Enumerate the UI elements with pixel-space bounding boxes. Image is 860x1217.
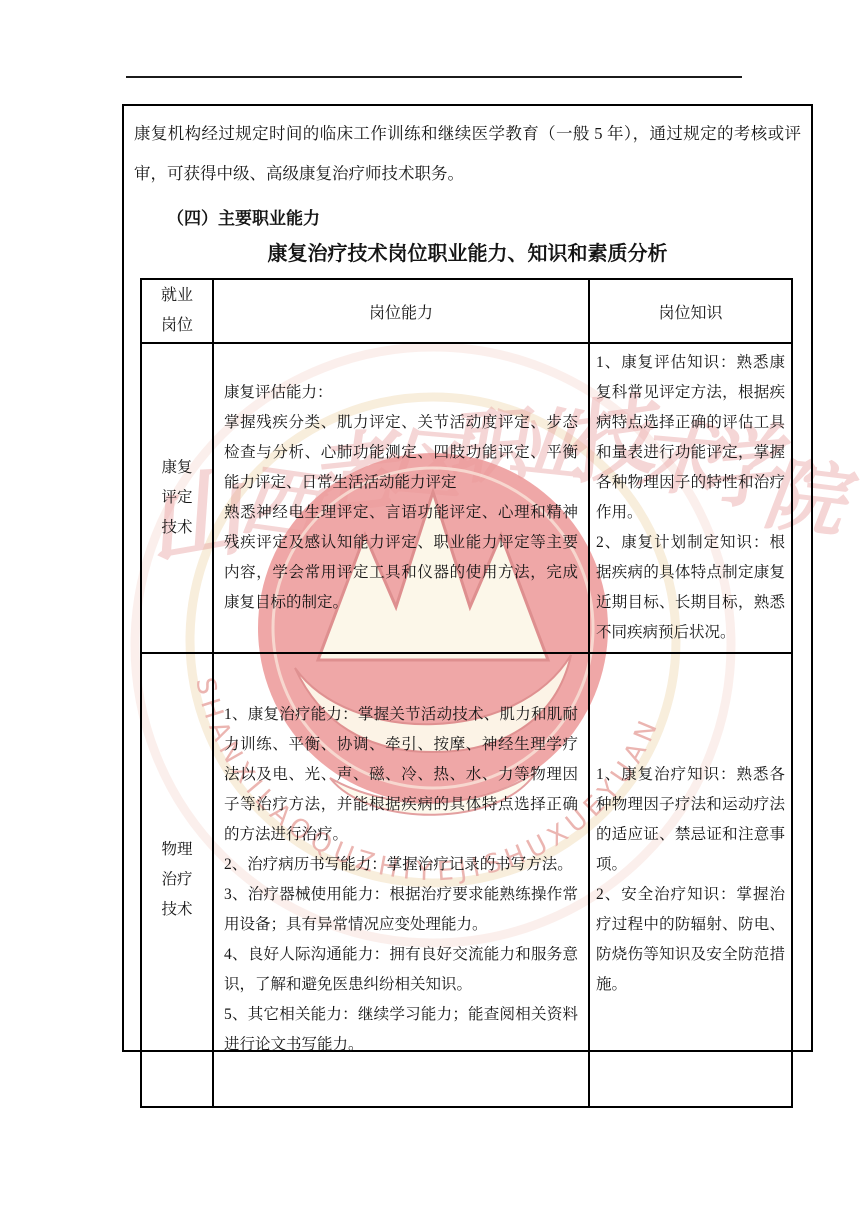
table-title: 康复治疗技术岗位职业能力、知识和素质分析 <box>124 239 811 269</box>
intro-paragraph: 康复机构经过规定时间的临床工作训练和继续医学教育（一般 5 年），通过规定的考核… <box>134 114 801 194</box>
cell-paragraph: 熟悉神经电生理评定、言语功能评定、心理和精神残疾评定及感认知能力评定、职业能力评… <box>224 498 578 618</box>
cell-paragraph: 2、康复计划制定知识：根据疾病的具体特点制定康复近期目标、长期目标，熟悉不同疾病… <box>596 528 785 648</box>
header-employment-post: 就业岗位 <box>141 279 213 343</box>
header-post-knowledge: 岗位知识 <box>589 279 792 343</box>
cell-paragraph: 1、康复治疗知识：熟悉各种物理因子疗法和运动疗法的适应证、禁忌证和注意事项。 <box>596 760 785 880</box>
cell-paragraph: 4、良好人际沟通能力：拥有良好交流能力和服务意识，了解和避免医患纠纷相关知识。 <box>224 940 578 1000</box>
ability-cell-rehab-assessment: 康复评估能力：掌握残疾分类、肌力评定、关节活动度评定、步态检查与分析、心肺功能测… <box>213 343 589 653</box>
cell-paragraph: 5、其它相关能力：继续学习能力；能查阅相关资料进行论文书写能力。 <box>224 1000 578 1060</box>
cell-paragraph: 掌握残疾分类、肌力评定、关节活动度评定、步态检查与分析、心肺功能测定、四肢功能评… <box>224 408 578 498</box>
post-cell-physical-therapy: 物理治疗技术 <box>141 653 213 1107</box>
post-cell-rehab-assessment: 康复评定技术 <box>141 343 213 653</box>
table-header-row: 就业岗位 岗位能力 岗位知识 <box>141 279 792 343</box>
analysis-table: 就业岗位 岗位能力 岗位知识 康复评定技术 康复评估能力：掌握残疾分类、肌力评定… <box>140 278 793 1108</box>
cell-paragraph: 2、治疗病历书写能力：掌握治疗记录的书写方法。 <box>224 850 578 880</box>
ability-cell-physical-therapy: 1、康复治疗能力：掌握关节活动技术、肌力和肌耐力训练、平衡、协调、牵引、按摩、神… <box>213 653 589 1107</box>
table-row: 康复评定技术 康复评估能力：掌握残疾分类、肌力评定、关节活动度评定、步态检查与分… <box>141 343 792 653</box>
section-heading: （四）主要职业能力 <box>134 206 801 232</box>
cell-paragraph: 1、康复评估知识：熟悉康复科常见评定方法，根据疾病特点选择正确的评估工具和量表进… <box>596 348 785 528</box>
header-post-ability: 岗位能力 <box>213 279 589 343</box>
content-frame: 康复机构经过规定时间的临床工作训练和继续医学教育（一般 5 年），通过规定的考核… <box>122 104 813 1052</box>
knowledge-cell-rehab-assessment: 1、康复评估知识：熟悉康复科常见评定方法，根据疾病特点选择正确的评估工具和量表进… <box>589 343 792 653</box>
cell-paragraph: 3、治疗器械使用能力：根据治疗要求能熟练操作常用设备；具有异常情况应变处理能力。 <box>224 880 578 940</box>
knowledge-cell-physical-therapy: 1、康复治疗知识：熟悉各种物理因子疗法和运动疗法的适应证、禁忌证和注意事项。2、… <box>589 653 792 1107</box>
cell-paragraph: 2、安全治疗知识：掌握治疗过程中的防辐射、防电、防烧伤等知识及安全防范措施。 <box>596 880 785 1000</box>
cell-paragraph: 康复评估能力： <box>224 378 578 408</box>
table-row: 物理治疗技术 1、康复治疗能力：掌握关节活动技术、肌力和肌耐力训练、平衡、协调、… <box>141 653 792 1107</box>
cell-paragraph: 1、康复治疗能力：掌握关节活动技术、肌力和肌耐力训练、平衡、协调、牵引、按摩、神… <box>224 700 578 850</box>
document-page: 山 西 老 区 职 业 技 术 学 院 SHANXILAOQUZHIYEJISH… <box>0 0 860 1217</box>
header-rule <box>126 76 742 78</box>
